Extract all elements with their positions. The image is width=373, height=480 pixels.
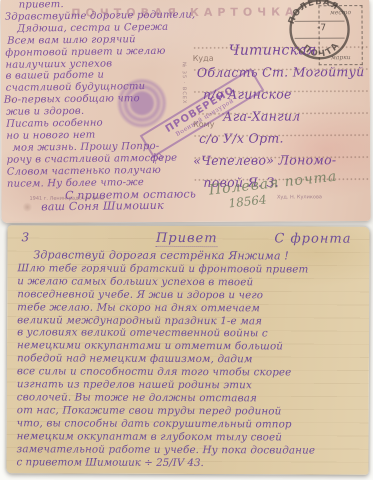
message-line: но и нового нет: [6, 128, 244, 143]
message-line: фронтовой привет и желаю: [5, 44, 243, 59]
kuda-field-label: Куда: [193, 54, 214, 63]
stamp-box-text-bottom: марки: [331, 54, 351, 61]
letter-card: 3 Привет С фронта Здравствуй дорогая сес…: [6, 225, 369, 475]
message-line: счастливой будущности: [6, 80, 244, 95]
message-line: Во-первых сообщаю что: [4, 92, 244, 107]
postmark-date: -7: [307, 23, 337, 33]
message-line: моя жизнь. Прошу Попро-: [12, 140, 244, 155]
letter-greeting: Привет: [156, 231, 218, 247]
address-line: «Чепелево» Лономо-: [193, 149, 369, 172]
svg-text:ПОЧТА: ПОЧТА: [301, 40, 343, 60]
letter-page-number: 3: [21, 230, 29, 244]
stamp-box-text-top: место: [330, 9, 351, 16]
scanned-postcards-photo: ПОЧТОВАЯ КАРТОЧКА место марки ПОЛЕВАЯ ПО…: [0, 0, 373, 480]
pencil-note-line2: 18564: [228, 184, 340, 210]
message-line: Здравствуйте дорогие родители,: [5, 9, 243, 24]
pencil-note-line1: Полевая почта: [208, 169, 338, 199]
address-line: с/о У/х Орт.: [199, 127, 369, 150]
message-line: Всем вам шлю горячий: [7, 33, 243, 48]
letter-line: тебе желаю. Мы скоро на днях отмечаем: [17, 301, 361, 315]
address-line: повой Я. З.: [203, 171, 369, 194]
address-line: Область Ст. Могойтуй: [197, 61, 369, 84]
letter-line: замечательной работе и учебе. Ну пока до…: [17, 443, 361, 457]
letter-greeting-right: С фронта: [274, 231, 351, 246]
message-line: Дядюша, сестра и Сережа: [17, 21, 243, 36]
message-line: С приветом остаюсь: [65, 187, 245, 201]
letter-body: Здравствуй дорогая сестрёнка Янжима ! Шл…: [6, 246, 369, 470]
postcard-front: ПОЧТОВАЯ КАРТОЧКА место марки ПОЛЕВАЯ ПО…: [0, 0, 370, 223]
field-post-pencil-note: Полевая почта 18564: [208, 169, 339, 213]
vertical-print-strip: № 35 · ВСЕХ: [181, 62, 187, 104]
message-line: рочу в счастливой атмосфере: [7, 152, 245, 167]
military-censor-stamp: ПРОВЕРЕНО Военной цензурой: [140, 68, 265, 158]
printer-imprint-left: 1941 г. Ленинградская ф-ка: [29, 195, 149, 202]
address-lines: Читинская Область Ст. Могойтуй п/о Агинс…: [193, 39, 370, 194]
censor-stamp-line2: Военной цензурой: [153, 84, 257, 151]
message-line: ваш Соня Шимошик: [41, 199, 245, 213]
message-line: привет.: [19, 0, 243, 12]
letter-line: немецким оккупантам в глубоком тылу свое…: [17, 430, 361, 444]
round-censor-stamp-icon: [113, 74, 171, 132]
letter-line: Здравствуй дорогая сестрёнка Янжима !: [33, 249, 361, 263]
letter-line: что, вы способны дать сокрушительный отп…: [17, 417, 361, 431]
svg-text:ПОЛЕВАЯ: ПОЛЕВАЯ: [287, 0, 341, 26]
address-line: Ага-Хангил: [223, 105, 369, 128]
letter-header: 3 Привет С фронта: [7, 225, 369, 248]
message-line: Писать особенно: [6, 116, 244, 131]
letter-line: сволочей. Вы тоже не должны отставая: [17, 391, 361, 405]
letter-line: от нас, Покажите свои труды перед родино…: [17, 404, 361, 418]
letter-line: с приветом Шимошик ÷ 25/IV 43.: [16, 456, 360, 470]
stamp-placeholder-box: место марки: [318, 5, 362, 65]
message-line: наилучших успехов: [5, 56, 243, 71]
message-line: в вашей работе и: [6, 68, 244, 83]
message-line: жив и здоров.: [6, 104, 244, 119]
postcard-message: привет. Здравствуйте дорогие родители, Д…: [5, 0, 246, 214]
printer-imprint-right: Худ. Н. Куликова: [239, 194, 359, 201]
address-block: Куда Кому Читинская Область Ст. Могойтуй…: [193, 39, 370, 200]
letter-line: и желаю самых больших успехов в твоей: [17, 275, 361, 289]
censor-stamp-number: 70: [149, 152, 166, 168]
komu-field-label: Кому: [193, 120, 214, 129]
address-line: п/о Агинское: [203, 83, 369, 106]
censor-stamp-line1: ПРОВЕРЕНО: [147, 75, 254, 146]
postcard-title: ПОЧТОВАЯ КАРТОЧКА: [0, 5, 369, 20]
message-line: писем. Ну более что-же: [7, 175, 245, 190]
message-line: Словом частенько получаю: [7, 164, 245, 179]
letter-line: повседневной учебе. Я жив и здоров и чег…: [17, 288, 361, 302]
address-line: Читинская: [229, 39, 369, 62]
letter-line: Шлю тебе горячий братский и фронтовой пр…: [17, 262, 361, 276]
field-post-postmark-icon: ПОЛЕВАЯ ПОЧТА: [286, 0, 352, 61]
